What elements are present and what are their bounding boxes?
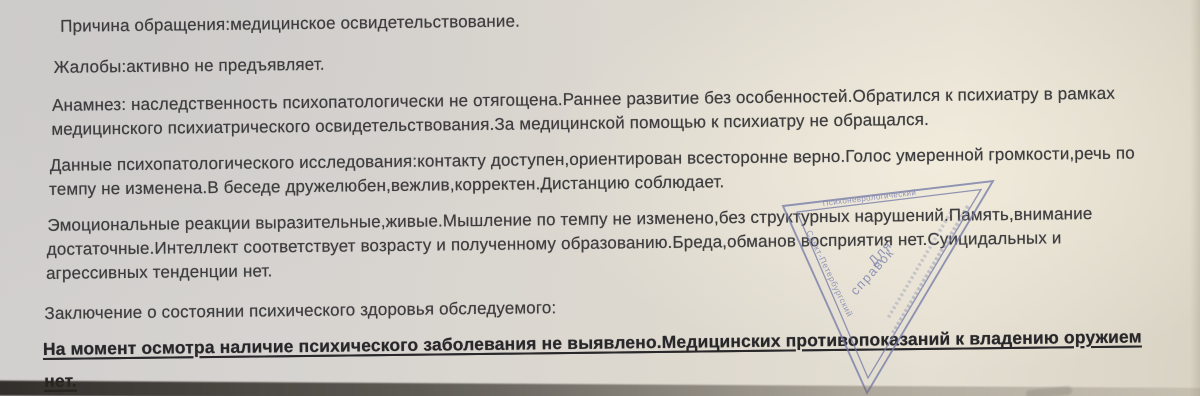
doc-line: На момент осмотра наличие психического з… bbox=[43, 325, 1142, 361]
doc-line: Причина обращения:медицинское освидетель… bbox=[60, 10, 520, 39]
doc-line: Жалобы:активно не предъявляет. bbox=[54, 53, 325, 80]
document-photo: Причина обращения:медицинское освидетель… bbox=[0, 0, 1200, 396]
doc-line: агрессивных тенденции нет. bbox=[46, 259, 273, 286]
paper-right-edge-shadow bbox=[1190, 0, 1200, 396]
doc-line: Заключение о состоянии психического здор… bbox=[44, 296, 556, 326]
document-text: Причина обращения:медицинское освидетель… bbox=[0, 0, 1200, 396]
